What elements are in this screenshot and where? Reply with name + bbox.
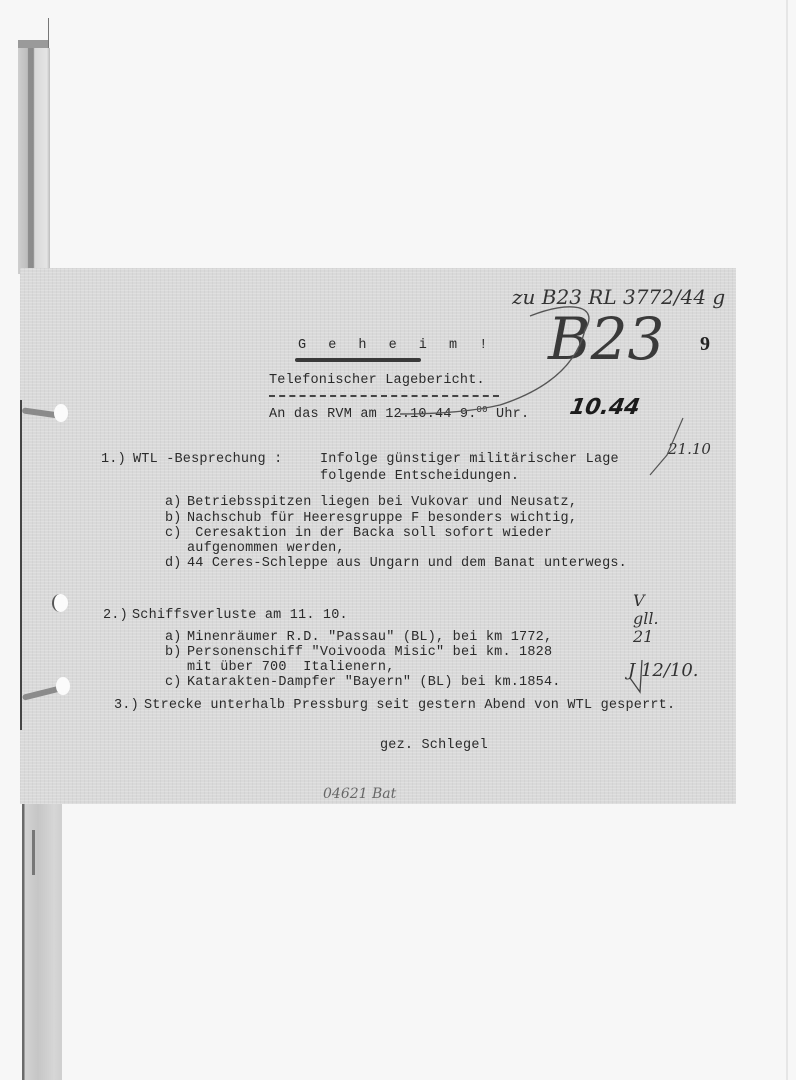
punch-hole-lower: [56, 677, 70, 695]
dateline: An das RVM am 12.10.44 9.00 Uhr.: [269, 405, 529, 422]
document-title: Telefonischer Lagebericht.: [269, 373, 485, 388]
page-number: 9: [700, 333, 710, 356]
item-text: Personenschiff "Voivooda Misic" bei km. …: [187, 645, 552, 660]
item-label: d): [165, 556, 182, 571]
classification-heading: G e h e i m !: [298, 338, 494, 353]
dateline-prefix: An das RVM am 12.10.44 9.: [269, 407, 477, 422]
signature: gez. Schlegel: [380, 738, 488, 753]
margin-note-line: gll.: [633, 610, 659, 628]
margin-note-line: 21: [633, 628, 659, 646]
date-stamp: 10.44: [568, 395, 642, 420]
section-2-heading: Schiffsverluste am 11. 10.: [132, 608, 348, 623]
item-label: b): [165, 511, 182, 526]
handwritten-initials: B23: [548, 305, 664, 373]
classification-underline: [295, 358, 421, 362]
page-edge: [786, 0, 788, 1080]
punch-hole-middle: [52, 594, 68, 612]
section-1-text-line-1: Infolge günstiger militärischer Lage: [320, 452, 619, 467]
dateline-time-superscript: 00: [477, 405, 488, 415]
binding-mark: [32, 830, 35, 875]
handwritten-bottom-reference: 04621 Bat: [323, 786, 396, 802]
binding-strip-top: [18, 48, 50, 274]
punch-hole-upper: [54, 404, 68, 422]
dateline-suffix: Uhr.: [488, 407, 530, 422]
item-label: c): [165, 526, 182, 541]
title-underline: [269, 395, 499, 397]
item-text: Minenräumer R.D. "Passau" (BL), bei km 1…: [187, 630, 552, 645]
margin-note-date: 21.10: [668, 440, 711, 458]
item-label: c): [165, 675, 182, 690]
item-text-continued: aufgenommen werden,: [187, 541, 345, 556]
item-text: 44 Ceres-Schleppe aus Ungarn und dem Ban…: [187, 556, 627, 571]
item-label: b): [165, 645, 182, 660]
section-3-number: 3.): [114, 698, 139, 713]
margin-note-initials: Vgll.21: [633, 592, 659, 646]
item-label: a): [165, 630, 182, 645]
item-text: Betriebsspitzen liegen bei Vukovar und N…: [187, 495, 577, 510]
binding-strip-bottom: [22, 804, 62, 1080]
item-text: Katarakten-Dampfer "Bayern" (BL) bei km.…: [187, 675, 561, 690]
margin-note-signoff: J 12/10.: [628, 660, 699, 681]
section-3-text: Strecke unterhalb Pressburg seit gestern…: [144, 698, 675, 713]
item-text-continued: mit über 700 Italienern,: [187, 660, 395, 675]
item-label: a): [165, 495, 182, 510]
item-text: Ceresaktion in der Backa soll sofort wie…: [187, 526, 552, 541]
slip-edge: [20, 400, 22, 730]
item-text: Nachschub für Heeresgruppe F besonders w…: [187, 511, 577, 526]
section-2-number: 2.): [103, 608, 128, 623]
section-1-heading: WTL -Besprechung :: [133, 452, 282, 467]
section-1-number: 1.): [101, 452, 126, 467]
section-1-text-line-2: folgende Entscheidungen.: [320, 469, 519, 484]
margin-note-line: V: [633, 592, 659, 610]
binding-thread: [48, 18, 49, 48]
